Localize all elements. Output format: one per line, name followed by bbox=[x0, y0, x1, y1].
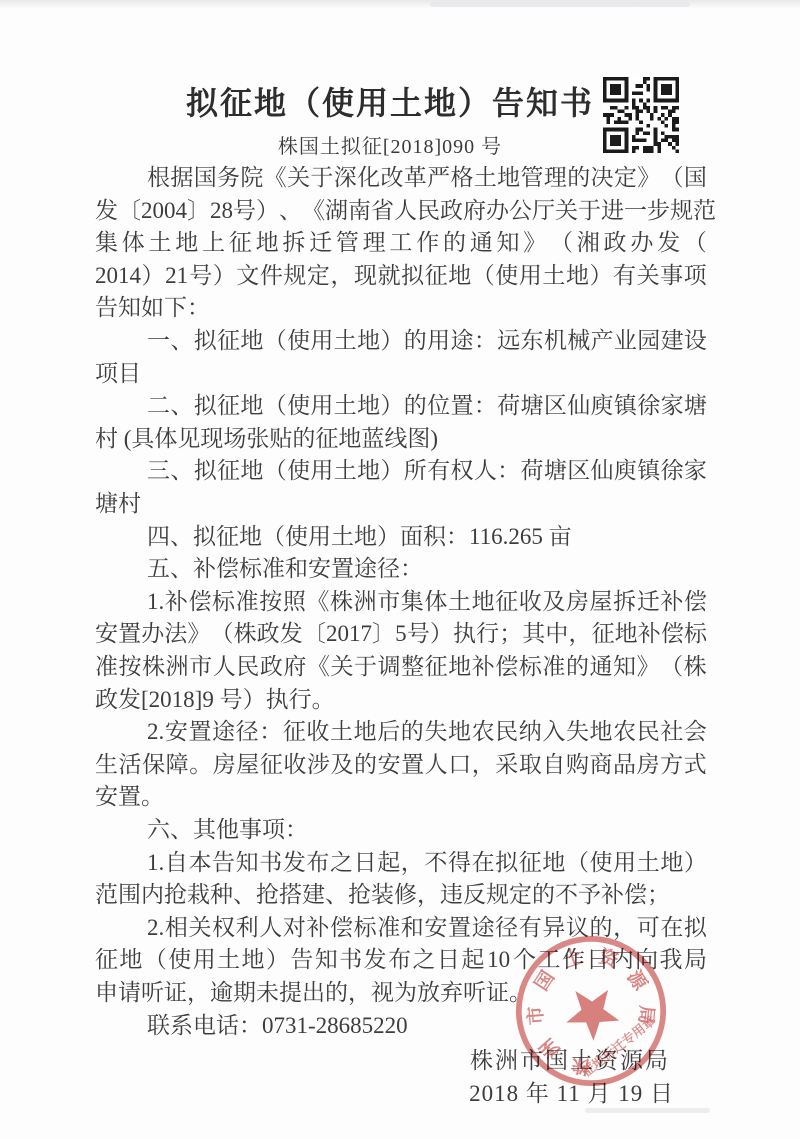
body-line: 四、拟征地（使用土地）面积：116.265 亩 bbox=[95, 520, 707, 553]
scan-smudge-bottom bbox=[585, 1108, 710, 1113]
svg-text:市: 市 bbox=[523, 1005, 547, 1026]
body-line: 范围内抢栽种、抢搭建、抢装修，违反规定的不予补偿； bbox=[95, 878, 707, 911]
body-line: 生活保障。房屋征收涉及的安置人口，采取自购商品房方式 bbox=[95, 748, 707, 781]
qr-code-image bbox=[600, 77, 682, 153]
body-line: 1.自本告知书发布之日起，不得在拟征地（使用土地） bbox=[95, 846, 707, 879]
body-line: 1.补偿标准按照《株洲市集体土地征收及房屋拆迁补偿 bbox=[95, 585, 707, 618]
body-line: 三、拟征地（使用土地）所有权人：荷塘区仙庾镇徐家 bbox=[95, 454, 707, 487]
qr-code-icon bbox=[600, 77, 682, 153]
svg-text:国: 国 bbox=[530, 967, 559, 995]
scan-smudge-top bbox=[430, 2, 690, 7]
body-line: 准按株洲市人民政府《关于调整征地补偿标准的通知》（株 bbox=[95, 650, 707, 683]
body-line: 2014）21 号）文件规定，现就拟征地（使用土地）有关事项 bbox=[95, 259, 707, 292]
body-line: 塘村 bbox=[95, 487, 707, 520]
body-line: 二、拟征地（使用土地）的位置：荷塘区仙庾镇徐家塘 bbox=[95, 389, 707, 422]
official-seal: 株洲市国土资源局 征地拆迁专用章 bbox=[509, 929, 673, 1093]
body-line: 安置办法》（株政发〔2017〕5 号）执行；其中，征地补偿标 bbox=[95, 617, 707, 650]
scanned-document-page: 拟征地（使用土地）告知书 株国土拟征[2018]090 号 根据国务院《关于深化… bbox=[0, 0, 800, 1139]
body-line: 一、拟征地（使用土地）的用途：远东机械产业园建设 bbox=[95, 324, 707, 357]
star-icon bbox=[554, 975, 627, 1047]
body-line: 告知如下： bbox=[95, 291, 707, 324]
body-line: 五、补偿标准和安置途径： bbox=[95, 552, 707, 585]
body-line: 安置。 bbox=[95, 780, 707, 813]
body-line: 项目 bbox=[95, 357, 707, 390]
body-line: 政发[2018]9 号）执行。 bbox=[95, 683, 707, 716]
svg-text:资: 资 bbox=[596, 944, 622, 972]
body-line: 村 (具体见现场张贴的征地蓝线图) bbox=[95, 422, 707, 455]
body-line: 发〔2004〕28 号）、《湖南省人民政府办公厅关于进一步规范 bbox=[95, 194, 707, 227]
body-line: 2.安置途径：征收土地后的失地农民纳入失地农民社会 bbox=[95, 715, 707, 748]
body-line: 集体土地上征地拆迁管理工作的通知》（湘政办发（ bbox=[95, 226, 707, 259]
official-seal-image: 株洲市国土资源局 征地拆迁专用章 bbox=[509, 929, 673, 1093]
body-lines: 根据国务院《关于深化改革严格土地管理的决定》（国发〔2004〕28 号）、《湖南… bbox=[95, 161, 707, 1041]
body-line: 根据国务院《关于深化改革严格土地管理的决定》（国 bbox=[95, 161, 707, 194]
svg-text:土: 土 bbox=[560, 944, 585, 972]
body-line: 六、其他事项： bbox=[95, 813, 707, 846]
